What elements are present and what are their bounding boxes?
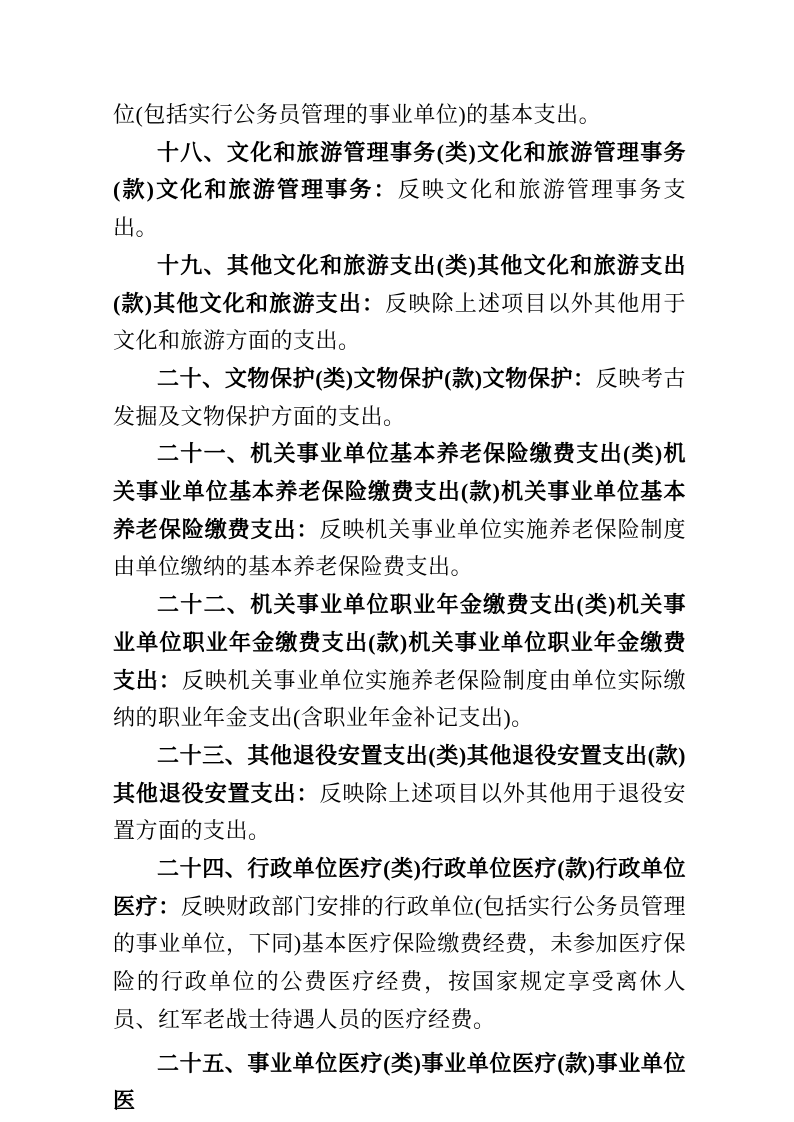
- document-page: 位(包括实行公务员管理的事业单位)的基本支出。 十八、文化和旅游管理事务(类)文…: [0, 0, 794, 1122]
- paragraph-head: 二十五、事业单位医疗(类)事业单位医疗(款)事业单位医: [113, 1051, 686, 1114]
- paragraph-body: 位(包括实行公务员管理的事业单位)的基本支出。: [113, 102, 601, 127]
- paragraph: 二十四、行政单位医疗(类)行政单位医疗(款)行政单位医疗：反映财政部门安排的行政…: [113, 850, 686, 1039]
- paragraph-body: 反映机关事业单位实施养老保险制度由单位实际缴纳的职业年金支出(含职业年金补记支出…: [113, 668, 686, 731]
- paragraph: 二十一、机关事业单位基本养老保险缴费支出(类)机关事业单位基本养老保险缴费支出(…: [113, 435, 686, 586]
- paragraph-head: 二十、文物保护(类)文物保护(款)文物保护：: [157, 366, 596, 391]
- paragraph-body: 反映财政部门安排的行政单位(包括实行公务员管理的事业单位，下同)基本医疗保险缴费…: [113, 894, 686, 1032]
- paragraph: 二十二、机关事业单位职业年金缴费支出(类)机关事业单位职业年金缴费支出(款)机关…: [113, 586, 686, 737]
- paragraph: 二十、文物保护(类)文物保护(款)文物保护：反映考古发掘及文物保护方面的支出。: [113, 360, 686, 435]
- paragraph: 二十五、事业单位医疗(类)事业单位医疗(款)事业单位医: [113, 1045, 686, 1120]
- paragraph: 位(包括实行公务员管理的事业单位)的基本支出。: [113, 96, 686, 134]
- paragraph: 十八、文化和旅游管理事务(类)文化和旅游管理事务(款)文化和旅游管理事务：反映文…: [113, 134, 686, 247]
- paragraph: 十九、其他文化和旅游支出(类)其他文化和旅游支出(款)其他文化和旅游支出：反映除…: [113, 247, 686, 360]
- paragraph: 二十三、其他退役安置支出(类)其他退役安置支出(款)其他退役安置支出：反映除上述…: [113, 737, 686, 850]
